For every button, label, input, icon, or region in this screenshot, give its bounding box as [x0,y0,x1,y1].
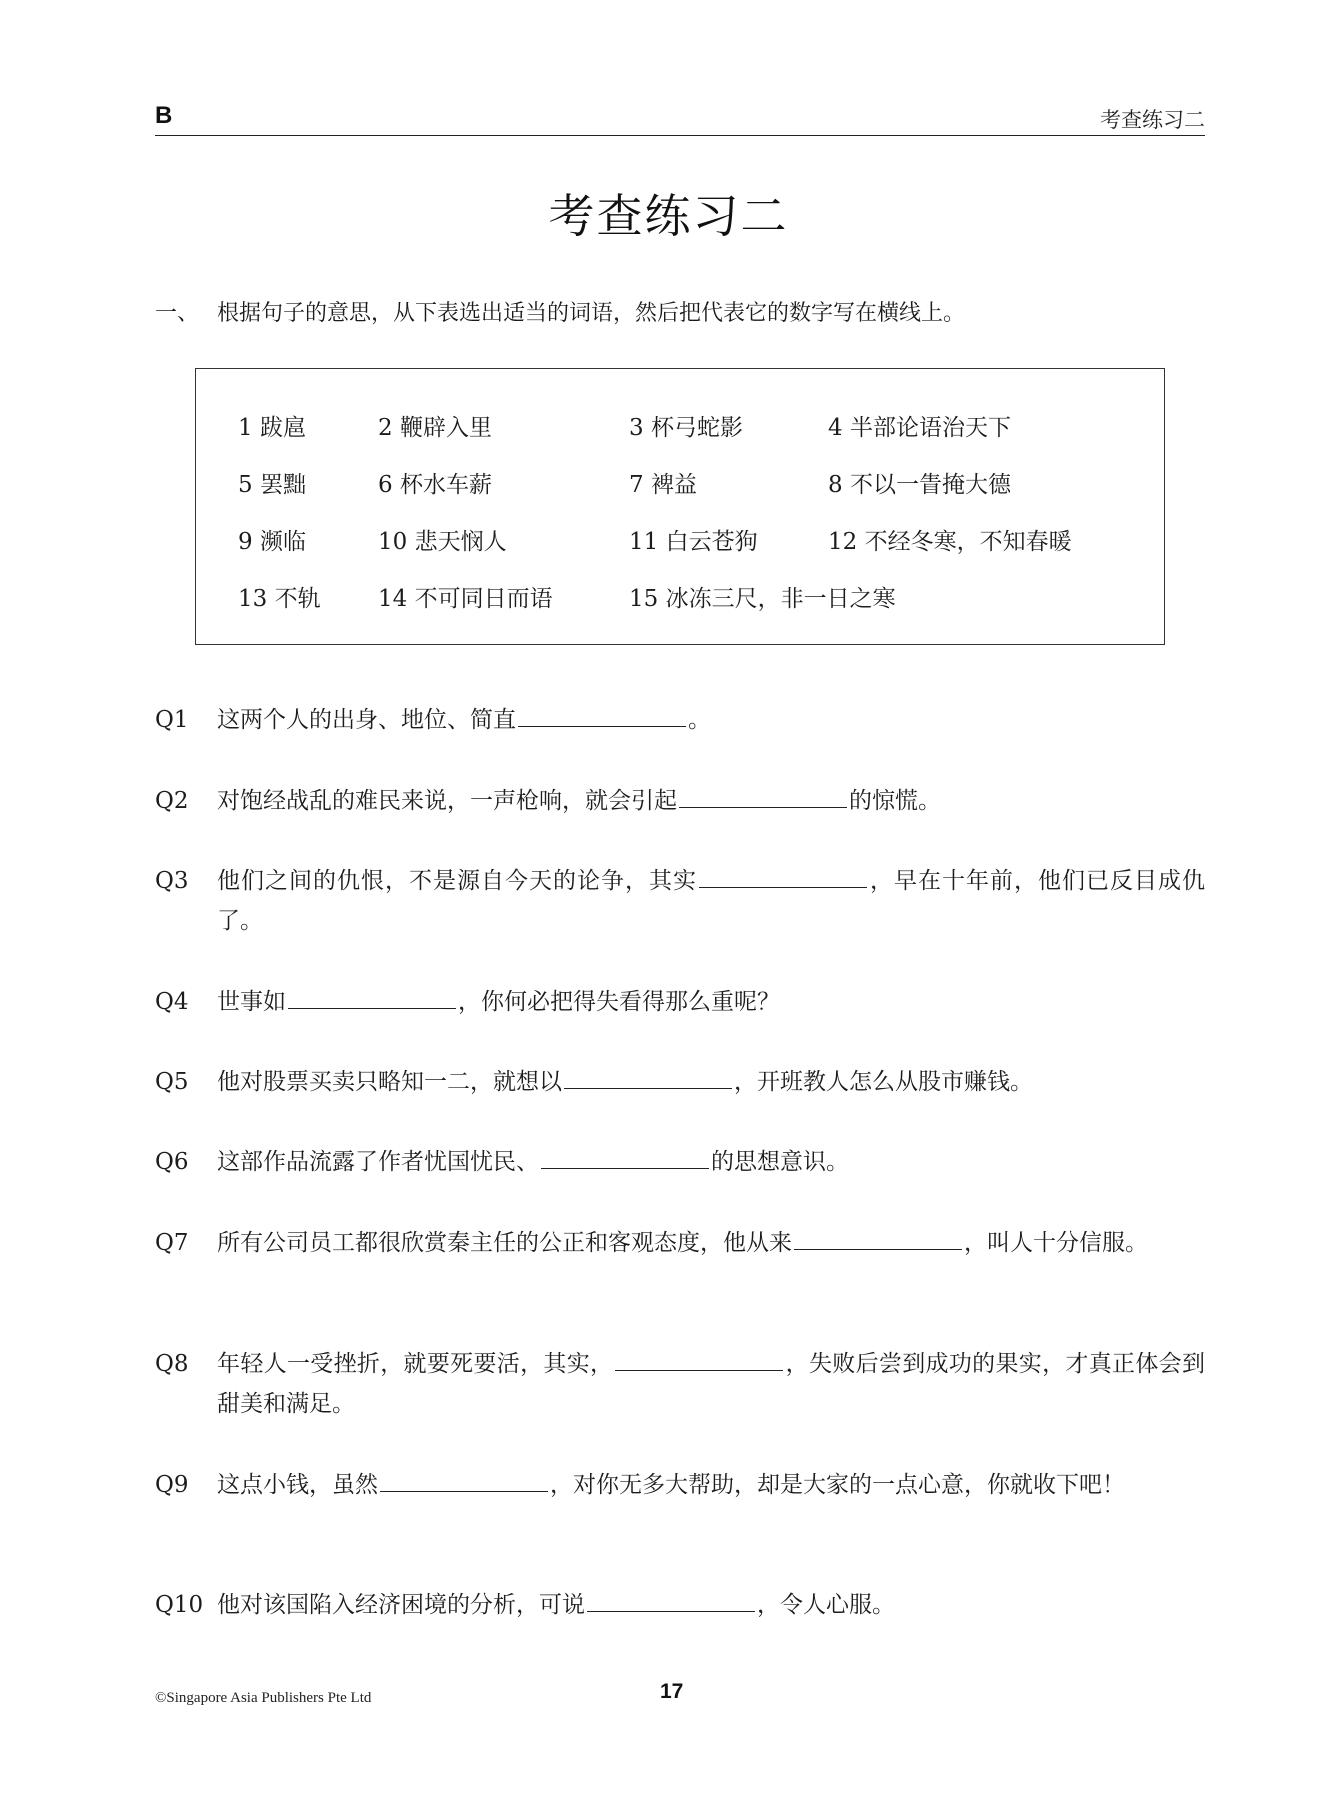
question-label: Q8 [155,1344,189,1384]
instruction-number: 一、 [155,296,217,327]
question-label: Q6 [155,1142,189,1182]
answer-blank[interactable] [541,1145,709,1169]
answer-blank[interactable] [699,864,867,888]
word-bank-item: 7 裨益 [629,466,697,499]
word-bank-item: 3 杯弓蛇影 [629,409,743,442]
question-label: Q1 [155,700,189,740]
page-number: 17 [660,1680,683,1704]
question-label: Q9 [155,1465,189,1505]
question-label: Q2 [155,781,189,821]
answer-blank[interactable] [564,1065,732,1089]
word-bank-item: 15 冰冻三尺，非一日之寒 [629,580,896,613]
word-bank-item: 8 不以一眚掩大德 [828,466,1011,499]
word-bank-item: 9 濒临 [238,523,306,556]
answer-blank[interactable] [679,784,847,808]
word-bank-item: 6 杯水车薪 [378,466,492,499]
question-label: Q5 [155,1062,189,1102]
footer-copyright: ©Singapore Asia Publishers Pte Ltd [155,1690,371,1707]
word-bank-item: 12 不经冬寒，不知春暖 [828,523,1072,556]
header-title: 考查练习二 [1100,104,1205,134]
word-bank-item: 5 罢黜 [238,466,306,499]
question-label: Q10 [155,1585,203,1625]
word-bank-item: 11 白云苍狗 [629,523,758,556]
word-bank-item: 14 不可同日而语 [378,580,553,613]
answer-blank[interactable] [587,1588,755,1612]
instruction: 一、根据句子的意思，从下表选出适当的词语，然后把代表它的数字写在横线上。 [155,296,965,327]
word-bank-item: 2 鞭辟入里 [378,409,492,442]
word-bank-item: 1 跋扈 [238,409,306,442]
word-bank-item: 4 半部论语治天下 [828,409,1011,442]
word-bank-item: 13 不轨 [238,580,321,613]
answer-blank[interactable] [615,1347,783,1371]
answer-blank[interactable] [794,1226,962,1250]
answer-blank[interactable] [288,985,456,1009]
page-title: 考查练习二 [0,180,1337,246]
answer-blank[interactable] [518,703,686,727]
word-bank-item: 10 悲天悯人 [378,523,507,556]
question-label: Q7 [155,1223,189,1263]
section-letter: B [155,102,172,130]
answer-blank[interactable] [380,1468,548,1492]
page-header: B 考查练习二 [155,100,1205,136]
word-bank-box: 1 跋扈 2 鞭辟入里 3 杯弓蛇影 4 半部论语治天下 5 罢黜 6 杯水车薪… [195,368,1165,645]
instruction-text: 根据句子的意思，从下表选出适当的词语，然后把代表它的数字写在横线上。 [217,301,965,326]
question-label: Q3 [155,861,189,901]
question-label: Q4 [155,982,189,1022]
